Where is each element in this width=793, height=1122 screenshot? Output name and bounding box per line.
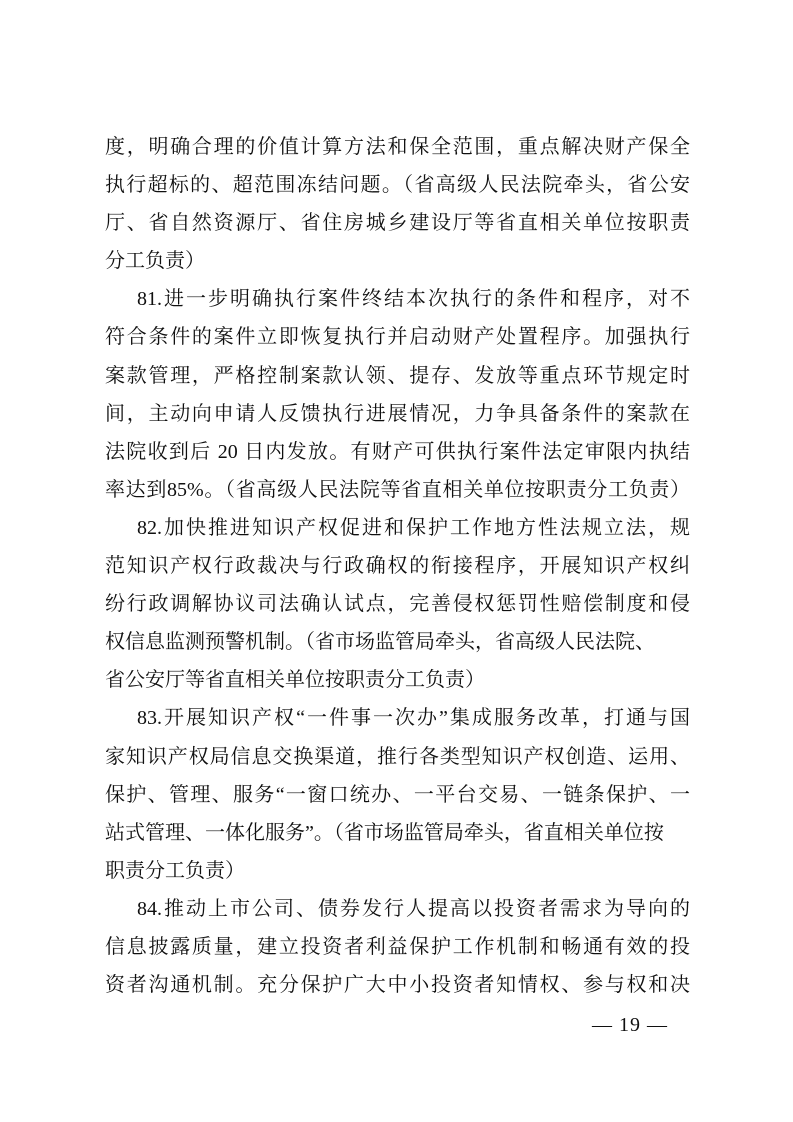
text-line: 纷行政调解协议司法确认试点，完善侵权惩罚性赔偿制度和侵 (105, 585, 690, 623)
text-line: 范知识产权行政裁决与行政确权的衔接程序，开展知识产权纠 (105, 547, 690, 585)
text-line: 符合条件的案件立即恢复执行并启动财产处置程序。加强执行 (105, 318, 690, 356)
text-line: 81.进一步明确执行案件终结本次执行的条件和程序，对不 (105, 280, 690, 318)
paragraph-81: 81.进一步明确执行案件终结本次执行的条件和程序，对不符合条件的案件立即恢复执行… (105, 280, 690, 509)
text-line: 资者沟通机制。充分保护广大中小投资者知情权、参与权和决 (105, 966, 690, 1004)
text-line: 厅、省自然资源厅、省住房城乡建设厅等省直相关单位按职责 (105, 204, 690, 242)
document-body: 度，明确合理的价值计算方法和保全范围，重点解决财产保全执行超标的、超范围冻结问题… (105, 128, 690, 1004)
text-line: 分工负责） (105, 242, 690, 280)
text-line: 间，主动向申请人反馈执行进展情况，力争具备条件的案款在 (105, 395, 690, 433)
text-line: 保护、管理、服务“一窗口统办、一平台交易、一链条保护、一 (105, 776, 690, 814)
text-line: 82.加快推进知识产权促进和保护工作地方性法规立法，规 (105, 509, 690, 547)
text-line: 执行超标的、超范围冻结问题。（省高级人民法院牵头，省公安 (105, 166, 690, 204)
paragraph-82: 82.加快推进知识产权促进和保护工作地方性法规立法，规范知识产权行政裁决与行政确… (105, 509, 690, 699)
text-line: 职责分工负责） (105, 852, 690, 890)
text-line: 度，明确合理的价值计算方法和保全范围，重点解决财产保全 (105, 128, 690, 166)
page-number: — 19 — (592, 1012, 668, 1038)
text-line: 信息披露质量，建立投资者利益保护工作机制和畅通有效的投 (105, 928, 690, 966)
document-page: 度，明确合理的价值计算方法和保全范围，重点解决财产保全执行超标的、超范围冻结问题… (0, 0, 793, 1122)
text-line: 率达到85%。（省高级人民法院等省直相关单位按职责分工负责） (105, 471, 690, 509)
text-line: 法院收到后 20 日内发放。有财产可供执行案件法定审限内执结 (105, 433, 690, 471)
text-line: 家知识产权局信息交换渠道，推行各类型知识产权创造、运用、 (105, 738, 690, 776)
paragraph-84: 84.推动上市公司、债券发行人提高以投资者需求为导向的信息披露质量，建立投资者利… (105, 890, 690, 1004)
text-line: 站式管理、一体化服务”。（省市场监管局牵头，省直相关单位按 (105, 814, 690, 852)
text-line: 84.推动上市公司、债券发行人提高以投资者需求为导向的 (105, 890, 690, 928)
text-line: 省公安厅等省直相关单位按职责分工负责） (105, 661, 690, 699)
paragraph-80-continuation: 度，明确合理的价值计算方法和保全范围，重点解决财产保全执行超标的、超范围冻结问题… (105, 128, 690, 280)
text-line: 案款管理，严格控制案款认领、提存、发放等重点环节规定时 (105, 357, 690, 395)
text-line: 83.开展知识产权“一件事一次办”集成服务改革，打通与国 (105, 699, 690, 737)
paragraph-83: 83.开展知识产权“一件事一次办”集成服务改革，打通与国家知识产权局信息交换渠道… (105, 699, 690, 889)
text-line: 权信息监测预警机制。（省市场监管局牵头，省高级人民法院、 (105, 623, 690, 661)
